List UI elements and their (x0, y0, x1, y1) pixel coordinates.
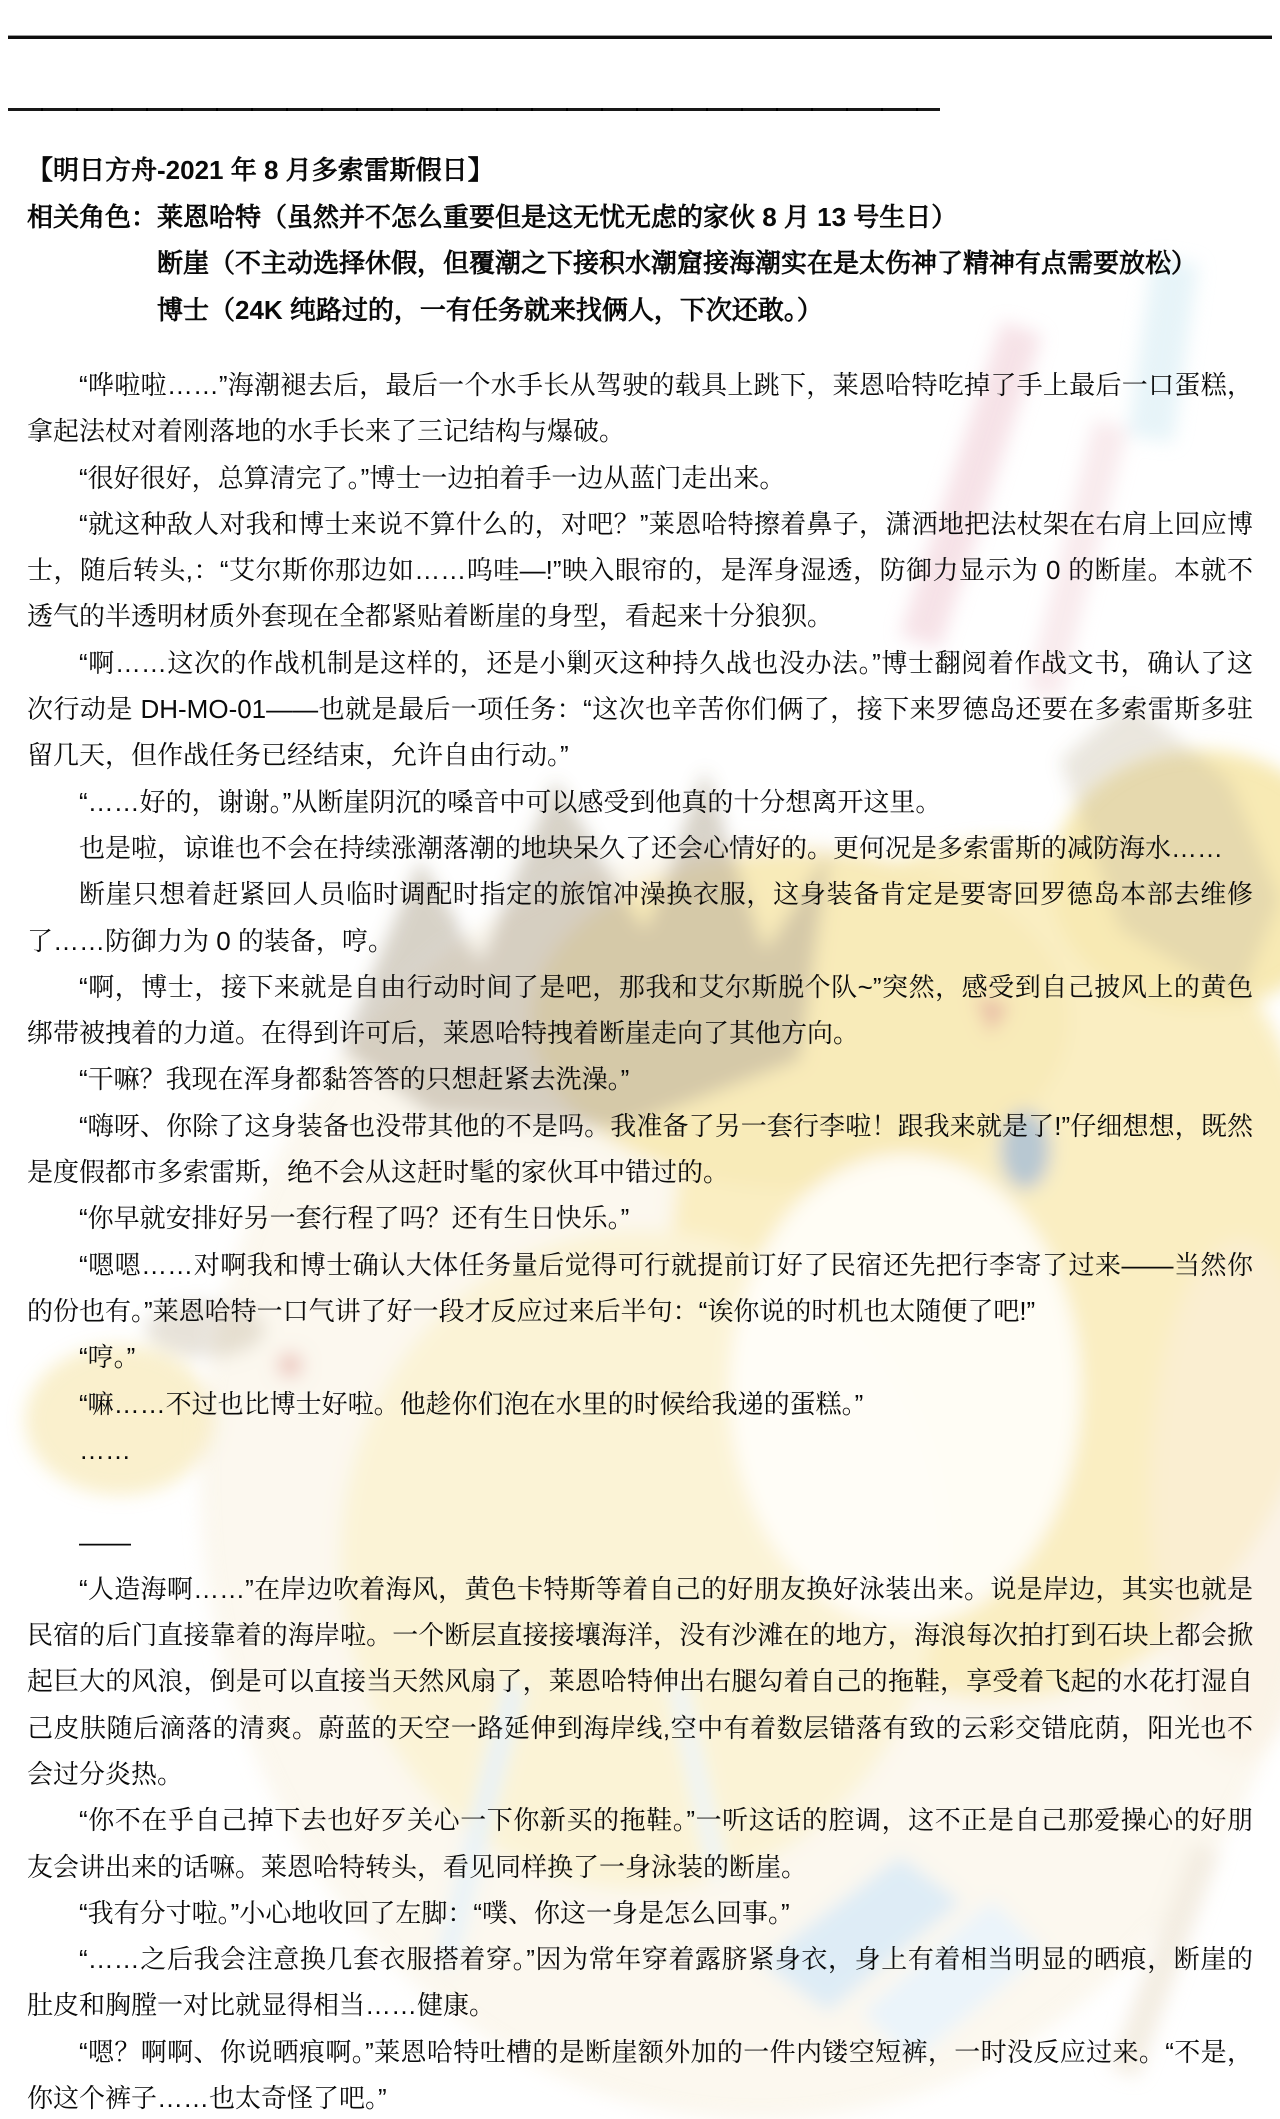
role-line: 断崖（不主动选择休假，但覆潮之下接积水潮窟接海潮实在是太伤神了精神有点需要放松） (157, 240, 1253, 287)
paragraph: “就这种敌人对我和博士来说不算什么的，对吧？”莱恩哈特擦着鼻子，潇洒地把法杖架在… (27, 501, 1253, 640)
story-body: “哗啦啦……”海潮褪去后，最后一个水手长从驾驶的载具上跳下，莱恩哈特吃掉了手上最… (27, 362, 1253, 2119)
story-title: 【明日方舟-2021 年 8 月多索雷斯假日】 (27, 147, 1253, 194)
story-header: 【明日方舟-2021 年 8 月多索雷斯假日】 相关角色：莱恩哈特（虽然并不怎么… (27, 147, 1253, 333)
paragraph: …… (27, 1427, 1253, 1473)
paragraph: “啊……这次的作战机制是这样的，还是小剿灭这种持久战也没办法。”博士翻阅着作战文… (27, 640, 1253, 779)
paragraph: “嗯嗯……对啊我和博士确认大体任务量后觉得可行就提前订好了民宿还先把行李寄了过来… (27, 1242, 1253, 1335)
paragraph: “你早就安排好另一套行程了吗？还有生日快乐。” (27, 1195, 1253, 1241)
role-line: 博士（24K 纯路过的，一有任务就来找俩人，下次还敢。） (157, 287, 1253, 334)
roles-line: 相关角色：莱恩哈特（虽然并不怎么重要但是这无忧无虑的家伙 8 月 13 号生日） (27, 194, 1253, 241)
paragraph: 也是啦，谅谁也不会在持续涨潮落潮的地块呆久了还会心情好的。更何况是多索雷斯的减防… (27, 825, 1253, 871)
horizontal-rule-top (8, 35, 1272, 39)
paragraph: “嗯？啊啊、你说晒痕啊。”莱恩哈特吐槽的是断崖额外加的一件内镂空短裤，一时没反应… (27, 2029, 1253, 2119)
paragraph: “……好的，谢谢。”从断崖阴沉的嗓音中可以感受到他真的十分想离开这里。 (27, 779, 1253, 825)
paragraph: “很好很好，总算清完了。”博士一边拍着手一边从蓝门走出来。 (27, 455, 1253, 501)
document-page: 【明日方舟-2021 年 8 月多索雷斯假日】 相关角色：莱恩哈特（虽然并不怎么… (0, 0, 1280, 2119)
roles-indented-container: 断崖（不主动选择休假，但覆潮之下接积水潮窟接海潮实在是太伤神了精神有点需要放松）… (27, 240, 1253, 333)
paragraph: “嘛……不过也比博士好啦。他趁你们泡在水里的时候给我递的蛋糕。” (27, 1381, 1253, 1427)
paragraph: “哗啦啦……”海潮褪去后，最后一个水手长从驾驶的载具上跳下，莱恩哈特吃掉了手上最… (27, 362, 1253, 455)
paragraph: “啊，博士，接下来就是自由行动时间了是吧，那我和艾尔斯脱个队~”突然，感受到自己… (27, 964, 1253, 1057)
paragraph: 断崖只想着赶紧回人员临时调配时指定的旅馆冲澡换衣服，这身装备肯定是要寄回罗德岛本… (27, 871, 1253, 964)
paragraph: —— (27, 1519, 1253, 1565)
paragraph: “哼。” (27, 1334, 1253, 1380)
paragraph-gap (27, 1473, 1253, 1519)
paragraph: “干嘛？我现在浑身都黏答答的只想赶紧去洗澡。” (27, 1056, 1253, 1102)
horizontal-rule-underscore (8, 108, 940, 111)
paragraph: “嗨呀、你除了这身装备也没带其他的不是吗。我准备了另一套行李啦！跟我来就是了!”… (27, 1103, 1253, 1196)
paragraph: “人造海啊……”在岸边吹着海风，黄色卡特斯等着自己的好朋友换好泳装出来。说是岸边… (27, 1566, 1253, 1797)
paragraph: “我有分寸啦。”小心地收回了左脚：“噗、你这一身是怎么回事。” (27, 1890, 1253, 1936)
paragraph: “……之后我会注意换几套衣服搭着穿。”因为常年穿着露脐紧身衣，身上有着相当明显的… (27, 1936, 1253, 2029)
paragraph: “你不在乎自己掉下去也好歹关心一下你新买的拖鞋。”一听这话的腔调，这不正是自己那… (27, 1797, 1253, 1890)
